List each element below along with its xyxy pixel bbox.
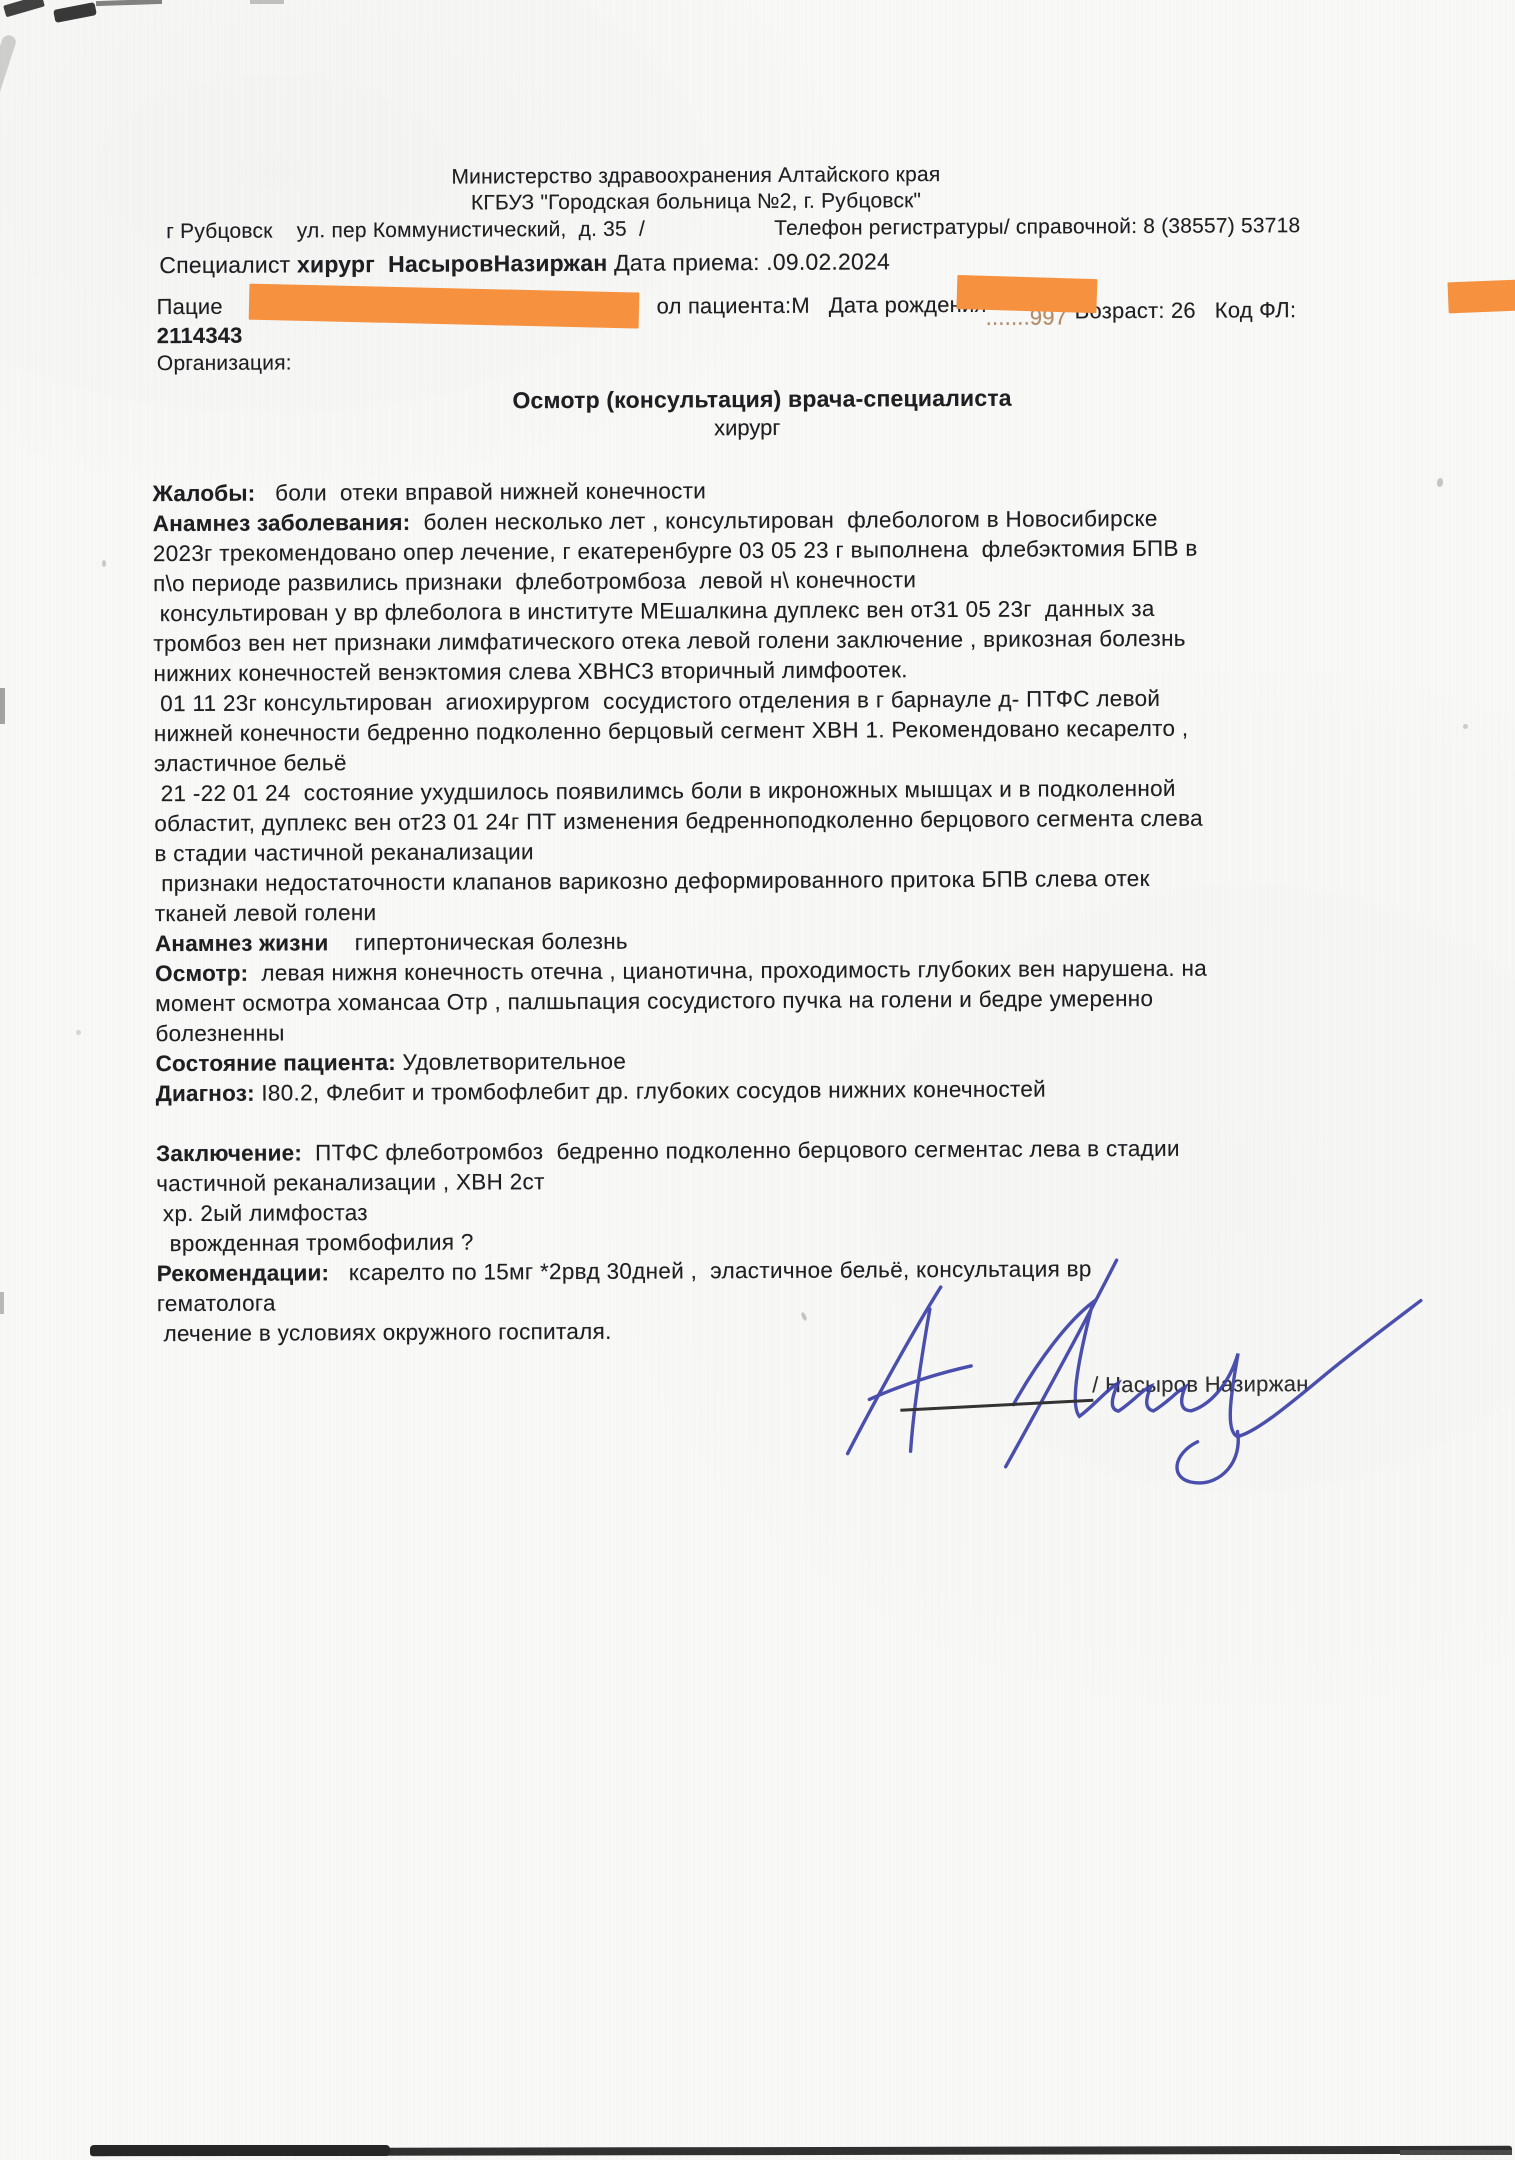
redaction-block-birthdate <box>956 275 1097 313</box>
patient-age-code: Возраст: 26 Код ФЛ: <box>1075 297 1297 324</box>
line-text: момент осмотра хомансаа Отр , палшьпация… <box>155 986 1153 1016</box>
line-text: боли отеки вправой нижней конечности <box>255 478 706 505</box>
scan-artifact <box>250 0 284 4</box>
line-text: консультирован у вр флеболога в институт… <box>153 596 1155 626</box>
line-text: 01 11 23г консультирован агиохирургом со… <box>154 686 1161 716</box>
scan-speck <box>76 1030 81 1035</box>
document-line: Диагноз: I80.2, Флебит и тромбофлебит др… <box>156 1074 1208 1110</box>
signature-line <box>900 1400 1093 1410</box>
patient-card-code: 2114343 <box>157 323 243 349</box>
scan-speck <box>1463 724 1468 729</box>
redaction-block-right <box>1447 280 1515 314</box>
line-text: гипертоническая болезнь <box>328 929 628 956</box>
line-text: лечение в условиях окружного госпиталя. <box>157 1319 612 1346</box>
line-label: Осмотр: <box>155 961 248 986</box>
scan-speck <box>102 560 106 567</box>
line-text: левая нижня конечность отечна , цианотич… <box>248 956 1207 986</box>
specialist-specialty: хирург <box>297 251 375 277</box>
line-text: Удовлетворительное <box>396 1049 626 1075</box>
line-text: признаки недостаточности клапанов варико… <box>155 866 1150 896</box>
examination-body: Жалобы: боли отеки вправой нижней конечн… <box>153 474 1208 1109</box>
document-line: нижней конечности бедренно подколенно бе… <box>154 714 1206 750</box>
document-line: момент осмотра хомансаа Отр , палшьпация… <box>155 984 1207 1020</box>
specialist-label: Специалист <box>159 251 297 278</box>
line-label: Анамнез жизни <box>155 930 329 956</box>
address-line: г Рубцовск ул. пер Коммунистический, д. … <box>166 218 645 245</box>
line-text: I80.2, Флебит и тромбофлебит др. глубоки… <box>255 1077 1046 1106</box>
scan-artifact-bottom-band <box>1400 2150 1512 2155</box>
patient-name-prefix: Пацие <box>157 294 223 320</box>
scan-artifact <box>0 688 5 724</box>
line-text: нижних конечностей венэктомия слева ХВНС… <box>153 657 907 686</box>
signature-ink-strokes <box>847 1259 1422 1485</box>
line-label: Рекомендации: <box>157 1260 330 1286</box>
line-text: тканей левой голени <box>155 900 377 926</box>
redaction-block-name <box>249 284 640 329</box>
doctor-name: НасыровНазиржан <box>375 250 608 277</box>
visit-date: Дата приема: .09.02.2024 <box>607 248 890 275</box>
line-text: гематолога <box>157 1291 276 1317</box>
document-line: тромбоз вен нет признаки лимфатического … <box>153 624 1205 660</box>
line-text: областит, дуплекс вен от23 01 24г ПТ изм… <box>154 806 1203 836</box>
line-text: тромбоз вен нет признаки лимфатического … <box>153 626 1186 656</box>
line-label: Заключение: <box>156 1140 302 1166</box>
document-line: 2023г трекомендовано опер лечение, г ека… <box>153 534 1205 570</box>
line-text: болезненны <box>155 1021 284 1047</box>
patient-sex-birth: ол пациента:М Дата рождения <box>657 292 987 320</box>
doctor-signature <box>817 1244 1438 1491</box>
document-content: Министерство здравоохранения Алтайского … <box>0 0 1515 2160</box>
line-text: хр. 2ый лимфостаз <box>156 1200 368 1226</box>
document-line: областит, дуплекс вен от23 01 24г ПТ изм… <box>154 804 1206 840</box>
specialist-row: Специалист хирург НасыровНазиржан Дата п… <box>159 248 890 279</box>
line-text: в стадии частичной реканализации <box>154 839 533 866</box>
line-text: п\о периоде развились признаки флеботром… <box>153 567 916 596</box>
document-line: Заключение: ПТФС флеботромбоз бедренно п… <box>156 1134 1180 1169</box>
phone-line: Телефон регистратуры/ справочной: 8 (385… <box>774 214 1300 241</box>
organization-label: Организация: <box>157 351 292 376</box>
line-label: Состояние пациента: <box>155 1050 396 1076</box>
line-label: Анамнез заболевания: <box>153 510 411 536</box>
page-subtitle: хирург <box>2 411 1492 445</box>
line-text: нижней конечности бедренно подколенно бе… <box>154 716 1189 746</box>
line-text: ПТФС флеботромбоз бедренно подколенно бе… <box>302 1136 1180 1166</box>
line-text: 2023г трекомендовано опер лечение, г ека… <box>153 536 1198 566</box>
line-text: эластичное бельё <box>154 750 347 776</box>
line-text: врожденная тромбофилия ? <box>156 1230 473 1257</box>
line-text: болен несколько лет , консультирован фле… <box>410 506 1157 535</box>
scanned-document-page: Министерство здравоохранения Алтайского … <box>0 0 1515 2160</box>
line-text: 21 -22 01 24 состояние ухудшилось появил… <box>154 776 1176 806</box>
line-label: Жалобы: <box>153 481 256 507</box>
document-line: признаки недостаточности клапанов варико… <box>155 864 1207 900</box>
scan-artifact-bottom-band <box>90 2145 390 2156</box>
line-label: Диагноз: <box>156 1081 255 1107</box>
scan-artifact <box>0 1292 4 1314</box>
line-text: частичной реканализации , ХВН 2ст <box>156 1169 545 1196</box>
hospital-line: КГБУЗ "Городская больница №2, г. Рубцовс… <box>1 187 1391 218</box>
